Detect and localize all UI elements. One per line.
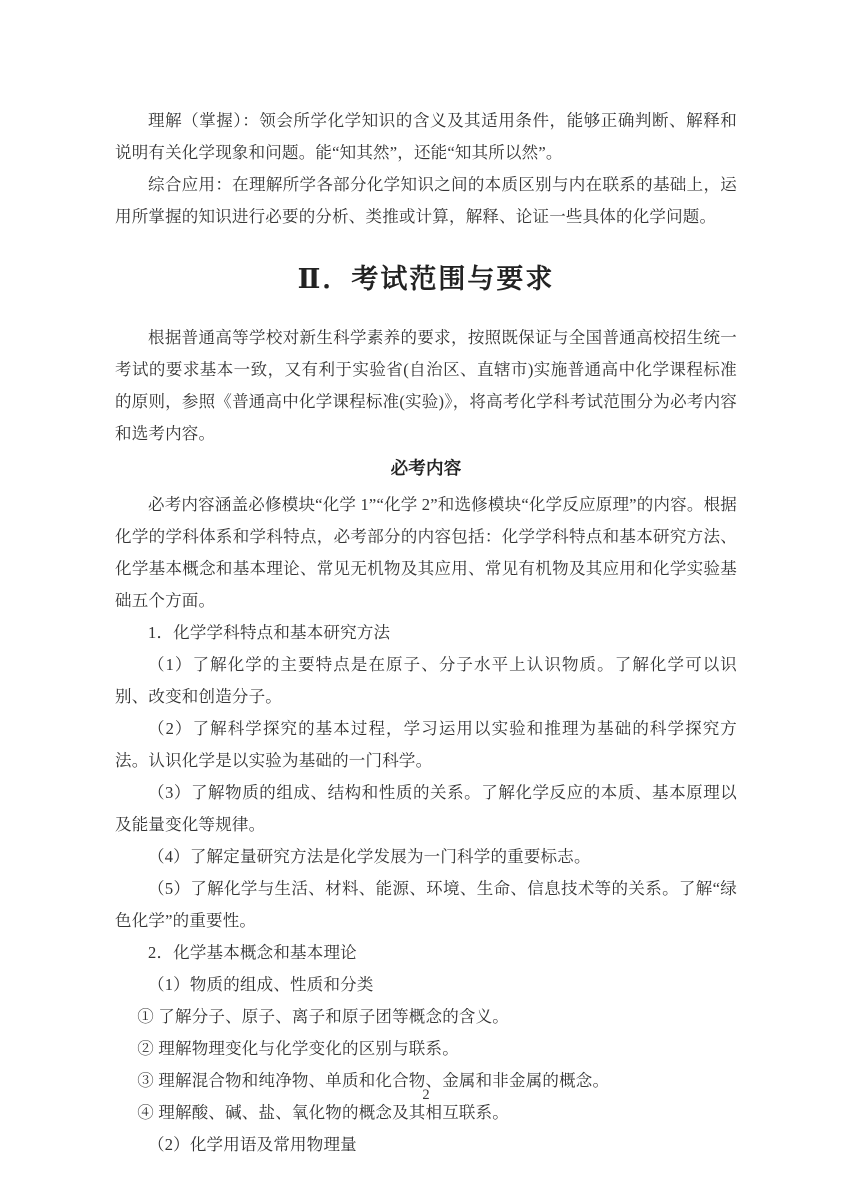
paragraph-scope-intro: 根据普通高等学校对新生科学素养的要求，按照既保证与全国普通高校招生统一考试的要求… bbox=[115, 322, 737, 450]
page-number: 2 bbox=[115, 1085, 737, 1105]
list-item-1-4: （4）了解定量研究方法是化学发展为一门科学的重要标志。 bbox=[115, 841, 737, 873]
list-item-2-1-a: ① 了解分子、原子、离子和原子团等概念的含义。 bbox=[115, 1001, 737, 1033]
list-item-1-1: （1）了解化学的主要特点是在原子、分子水平上认识物质。了解化学可以识别、改变和创… bbox=[115, 649, 737, 713]
paragraph-apply-level: 综合应用：在理解所学各部分化学知识之间的本质区别与内在联系的基础上，运用所掌握的… bbox=[115, 169, 737, 233]
list-item-1-5: （5）了解化学与生活、材料、能源、环境、生命、信息技术等的关系。了解“绿色化学”… bbox=[115, 873, 737, 937]
list-item-topic-2: 2．化学基本概念和基本理论 bbox=[115, 937, 737, 969]
list-item-2-1-b: ② 理解物理变化与化学变化的区别与联系。 bbox=[115, 1033, 737, 1065]
document-content: 理解（掌握）：领会所学化学知识的含义及其适用条件，能够正确判断、解释和说明有关化… bbox=[115, 105, 737, 1161]
section-heading-exam-scope: Ⅱ．考试范围与要求 bbox=[115, 259, 737, 299]
list-item-topic-1: 1．化学学科特点和基本研究方法 bbox=[115, 617, 737, 649]
subsection-heading-required-content: 必考内容 bbox=[115, 452, 737, 484]
list-item-1-2: （2）了解科学探究的基本过程，学习运用以实验和推理为基础的科学探究方法。认识化学… bbox=[115, 713, 737, 777]
list-item-1-3: （3）了解物质的组成、结构和性质的关系。了解化学反应的本质、基本原理以及能量变化… bbox=[115, 777, 737, 841]
document-page: 理解（掌握）：领会所学化学知识的含义及其适用条件，能够正确判断、解释和说明有关化… bbox=[0, 0, 848, 1200]
paragraph-comprehend-level: 理解（掌握）：领会所学化学知识的含义及其适用条件，能够正确判断、解释和说明有关化… bbox=[115, 105, 737, 169]
list-item-2-2: （2）化学用语及常用物理量 bbox=[115, 1129, 737, 1161]
paragraph-required-overview: 必考内容涵盖必修模块“化学 1”“化学 2”和选修模块“化学反应原理”的内容。根… bbox=[115, 489, 737, 617]
list-item-2-1: （1）物质的组成、性质和分类 bbox=[115, 969, 737, 1001]
